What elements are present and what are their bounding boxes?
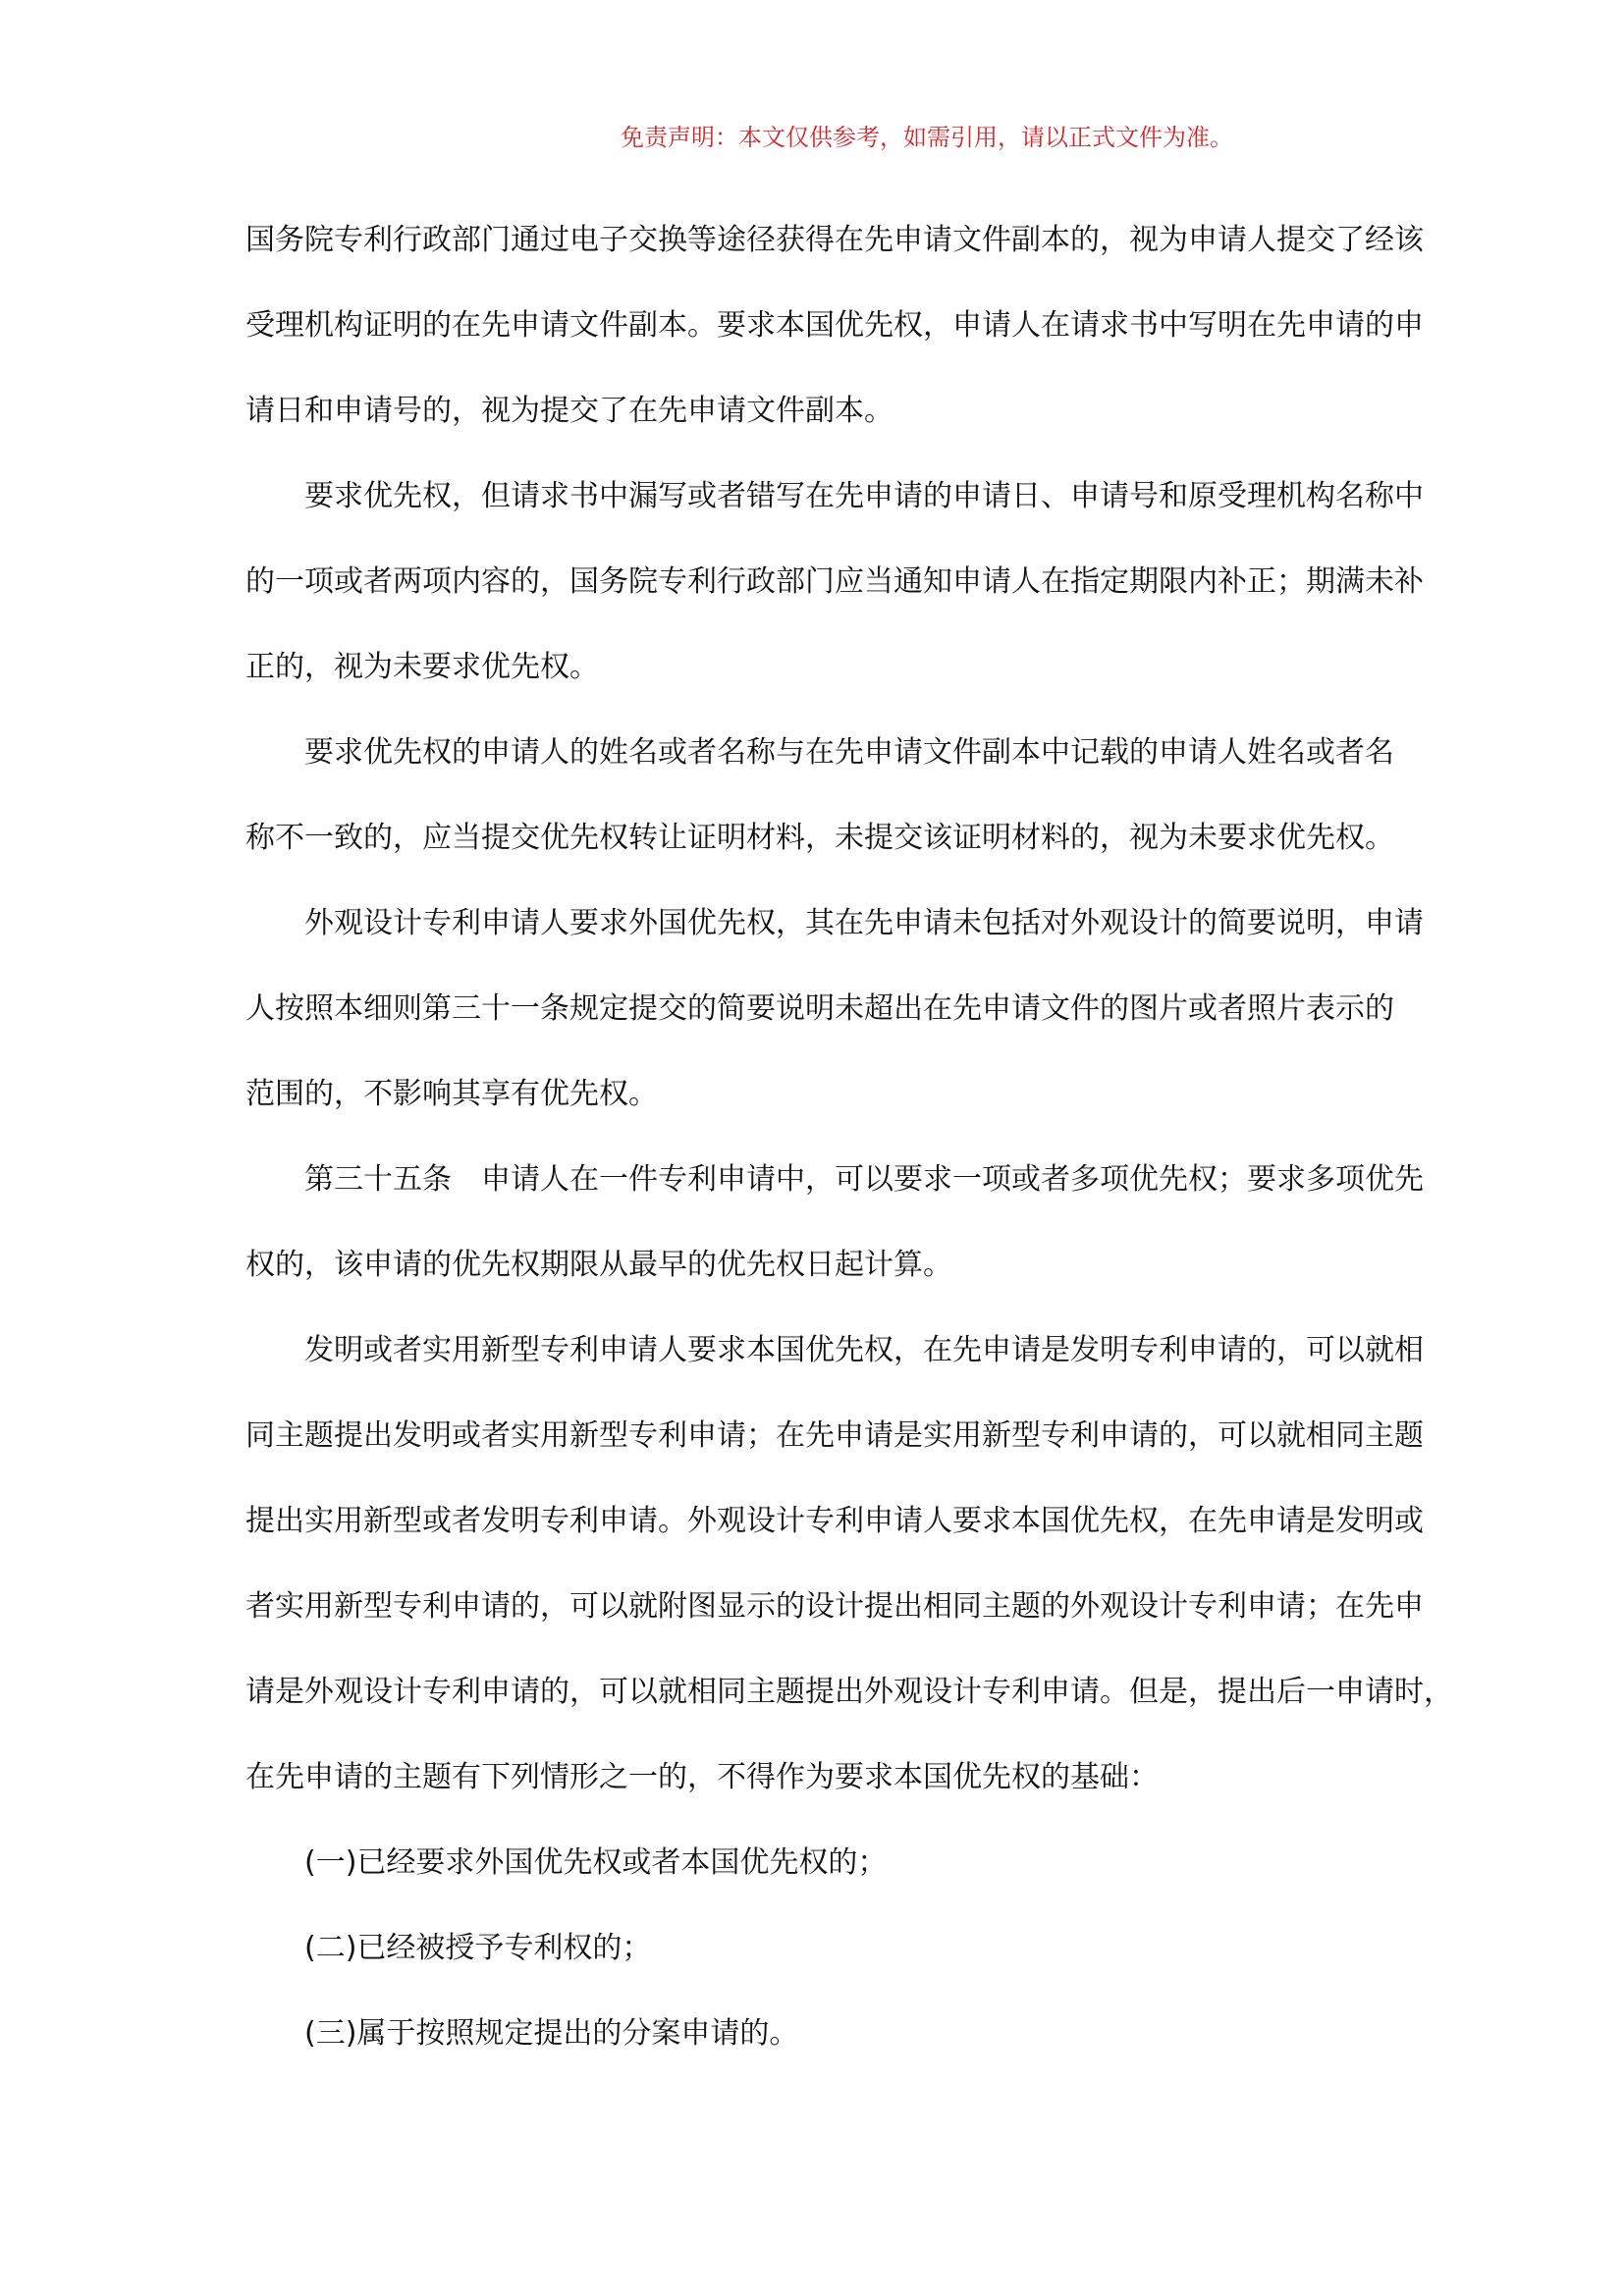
text-line: 要求优先权的申请人的姓名或者名称与在先申请文件副本中记载的申请人姓名或者名: [245, 728, 1379, 814]
text-line: 请日和申请号的，视为提交了在先申请文件副本。: [245, 387, 1379, 472]
text-line: 的一项或者两项内容的，国务院专利行政部门应当通知申请人在指定期限内补正；期满未补: [245, 558, 1379, 643]
document-body: 国务院专利行政部门通过电子交换等途径获得在先申请文件副本的，视为申请人提交了经该…: [245, 216, 1379, 2095]
text-line: 同主题提出发明或者实用新型专利申请；在先申请是实用新型专利申请的，可以就相同主题: [245, 1412, 1379, 1497]
disclaimer-banner: 免责声明：本文仅供参考，如需引用，请以正式文件为准。: [621, 118, 1269, 157]
text-line: 范围的，不影响其享有优先权。: [245, 1070, 1379, 1155]
list-item: (二)已经被授予专利权的；: [245, 1924, 1379, 2009]
text-line: 权的，该申请的优先权期限从最早的优先权日起计算。: [245, 1241, 1379, 1326]
text-line: 在先申请的主题有下列情形之一的，不得作为要求本国优先权的基础：: [245, 1753, 1379, 1839]
text-line: 正的，视为未要求优先权。: [245, 643, 1379, 728]
text-line: 请是外观设计专利申请的，可以就相同主题提出外观设计专利申请。但是，提出后一申请时…: [245, 1668, 1379, 1753]
text-line: 提出实用新型或者发明专利申请。外观设计专利申请人要求本国优先权，在先申请是发明或: [245, 1497, 1379, 1582]
article-35-line: 第三十五条 申请人在一件专利申请中，可以要求一项或者多项优先权；要求多项优先: [245, 1155, 1379, 1241]
list-item: (三)属于按照规定提出的分案申请的。: [245, 2009, 1379, 2095]
text-line: 国务院专利行政部门通过电子交换等途径获得在先申请文件副本的，视为申请人提交了经该: [245, 216, 1379, 301]
text-line: 发明或者实用新型专利申请人要求本国优先权，在先申请是发明专利申请的，可以就相: [245, 1326, 1379, 1412]
text-line: 称不一致的，应当提交优先权转让证明材料，未提交该证明材料的，视为未要求优先权。: [245, 814, 1379, 899]
text-line: 人按照本细则第三十一条规定提交的简要说明未超出在先申请文件的图片或者照片表示的: [245, 985, 1379, 1070]
text-line: 外观设计专利申请人要求外国优先权，其在先申请未包括对外观设计的简要说明，申请: [245, 899, 1379, 985]
list-item: (一)已经要求外国优先权或者本国优先权的；: [245, 1839, 1379, 1924]
text-line: 受理机构证明的在先申请文件副本。要求本国优先权，申请人在请求书中写明在先申请的申: [245, 301, 1379, 387]
text-line: 要求优先权，但请求书中漏写或者错写在先申请的申请日、申请号和原受理机构名称中: [245, 472, 1379, 558]
text-line: 者实用新型专利申请的，可以就附图显示的设计提出相同主题的外观设计专利申请；在先申: [245, 1582, 1379, 1668]
